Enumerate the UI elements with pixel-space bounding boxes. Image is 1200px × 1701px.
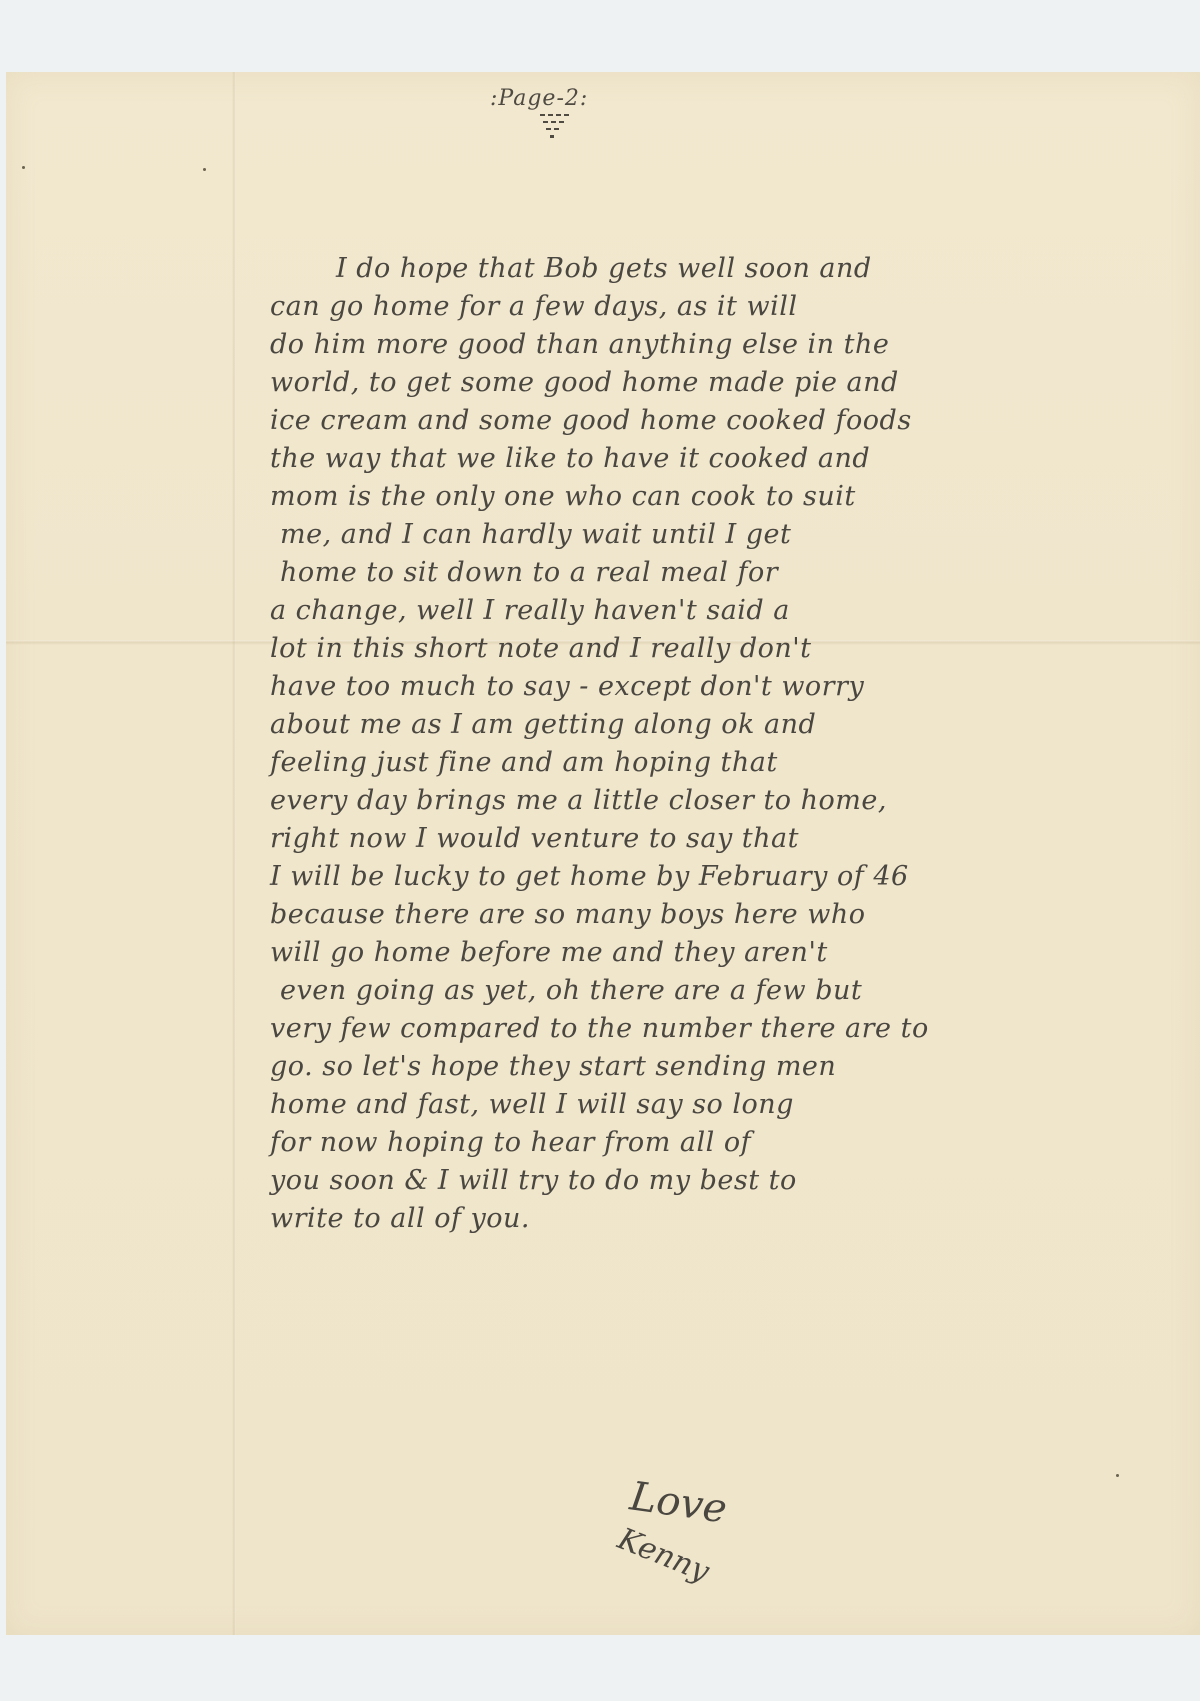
- letter-line: home and fast, well I will say so long: [270, 1086, 1090, 1124]
- letter-line: will go home before me and they aren't: [270, 934, 1090, 972]
- letter-line: feeling just fine and am hoping that: [270, 744, 1090, 782]
- letter-line: for now hoping to hear from all of: [270, 1124, 1090, 1162]
- paper-speck: [22, 166, 25, 169]
- signature: Love Kenny: [610, 1440, 830, 1610]
- signature-name: Kenny: [613, 1521, 714, 1589]
- letter-line: world, to get some good home made pie an…: [270, 364, 1090, 402]
- page-number: :Page-2:: [490, 86, 588, 111]
- page-number-flourish-icon: [538, 112, 578, 142]
- paper-speck: [203, 168, 206, 171]
- letter-line: you soon & I will try to do my best to: [270, 1162, 1090, 1200]
- letter-line: the way that we like to have it cooked a…: [270, 440, 1090, 478]
- letter-line: I will be lucky to get home by February …: [270, 858, 1090, 896]
- letter-body: I do hope that Bob gets well soon and ca…: [270, 250, 1090, 1238]
- letter-line: very few compared to the number there ar…: [270, 1010, 1090, 1048]
- letter-line: do him more good than anything else in t…: [270, 326, 1090, 364]
- paper-speck: [1116, 1474, 1119, 1477]
- letter-line: home to sit down to a real meal for: [270, 554, 1090, 592]
- letter-line: I do hope that Bob gets well soon and: [270, 250, 1090, 288]
- letter-line: ice cream and some good home cooked food…: [270, 402, 1090, 440]
- letter-line: right now I would venture to say that: [270, 820, 1090, 858]
- letter-line: every day brings me a little closer to h…: [270, 782, 1090, 820]
- letter-line: a change, well I really haven't said a: [270, 592, 1090, 630]
- letter-line: about me as I am getting along ok and: [270, 706, 1090, 744]
- letter-line: mom is the only one who can cook to suit: [270, 478, 1090, 516]
- letter-line: write to all of you.: [270, 1200, 1090, 1238]
- letter-line: lot in this short note and I really don'…: [270, 630, 1090, 668]
- letter-line: even going as yet, oh there are a few bu…: [270, 972, 1090, 1010]
- letter-line: because there are so many boys here who: [270, 896, 1090, 934]
- letter-line: can go home for a few days, as it will: [270, 288, 1090, 326]
- letter-line: have too much to say - except don't worr…: [270, 668, 1090, 706]
- signature-closing: Love: [627, 1473, 729, 1532]
- vertical-fold-crease: [232, 72, 236, 1635]
- letter-line: go. so let's hope they start sending men: [270, 1048, 1090, 1086]
- letter-line: me, and I can hardly wait until I get: [270, 516, 1090, 554]
